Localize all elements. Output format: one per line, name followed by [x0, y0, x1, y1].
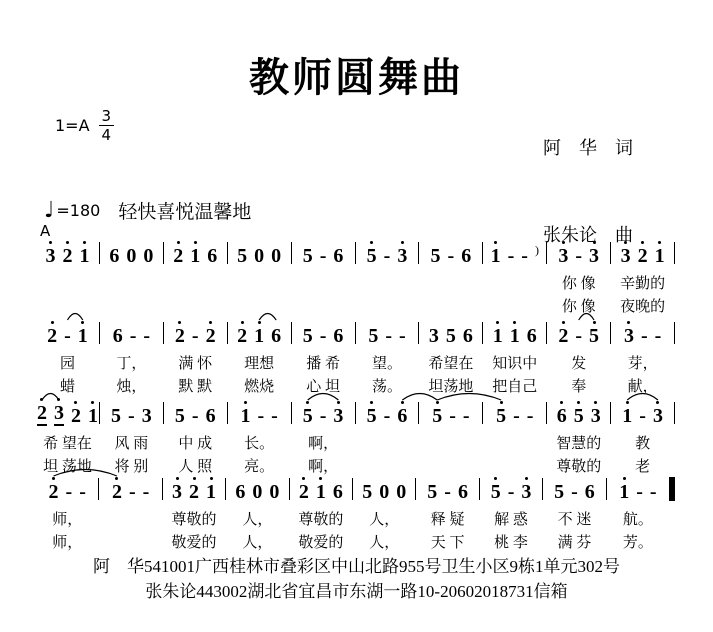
- dash: -: [64, 321, 71, 346]
- note: 6: [463, 321, 473, 346]
- measure: 5-3解 惑桃 李: [480, 474, 542, 555]
- note: 6: [333, 477, 343, 502]
- note: 1: [619, 477, 629, 502]
- lyrics-verse2: [513, 296, 517, 319]
- note: 1: [655, 241, 665, 266]
- measure: 6--丁，烛，: [100, 318, 163, 399]
- dash: -: [258, 401, 265, 426]
- measure: 600: [100, 238, 163, 319]
- notes-row: 321: [621, 238, 665, 266]
- lyrics-verse2: 燃烧: [244, 376, 274, 399]
- note: 3: [429, 321, 439, 346]
- dash: -: [192, 321, 199, 346]
- measure: 1--航。芳。: [607, 474, 669, 555]
- octave-dot: [52, 477, 55, 480]
- octave-dot: [593, 241, 596, 244]
- dash: -: [79, 477, 86, 502]
- lyrics-verse1: 不 迷: [558, 509, 592, 532]
- rest-note: 0: [396, 477, 406, 502]
- octave-dot: [370, 401, 373, 404]
- rest-note: 0: [379, 477, 389, 502]
- note: 2: [206, 321, 216, 346]
- lyrics-verse1: 智慧的: [556, 433, 601, 456]
- dash: -: [320, 401, 327, 426]
- lyrics-verse1: 你 像: [562, 273, 596, 296]
- final-barline: [669, 477, 675, 501]
- notes-row: 1-3: [622, 398, 663, 426]
- octave-dot: [49, 241, 52, 244]
- dash: -: [575, 321, 582, 346]
- octave-dot: [244, 401, 247, 404]
- dash: -: [192, 401, 199, 426]
- notes-row: 321: [45, 238, 89, 266]
- notes-row: 5--: [368, 318, 405, 346]
- lyrics-verse1: 芽，: [628, 353, 658, 376]
- lyrics-verse2: 把自己: [492, 376, 537, 399]
- measure: 653智慧的尊敬的: [547, 398, 610, 479]
- lyrics-verse1: 尊敬的: [172, 509, 217, 532]
- system-line: 2-1园蜡6--丁，烛，2-2满 怀默 默216理想燃烧5-6播 希心 坦5--…: [36, 318, 675, 399]
- note: 1: [316, 477, 326, 502]
- octave-dot: [656, 401, 659, 404]
- notes-row: 2321: [37, 398, 98, 426]
- note: 3: [521, 477, 531, 502]
- note: 5: [446, 321, 456, 346]
- measure: 600人，人，: [226, 474, 288, 555]
- note: 6: [333, 241, 343, 266]
- octave-dot: [436, 401, 439, 404]
- octave-dot: [210, 477, 213, 480]
- lyrics-verse2: 坦荡地: [428, 376, 473, 399]
- rest-note: 0: [143, 241, 153, 266]
- note: 1: [79, 241, 89, 266]
- note: 5: [431, 241, 441, 266]
- note: 3: [45, 241, 55, 266]
- lyrics-verse1: 希望在: [428, 353, 473, 376]
- measure: 3--芽，献，: [611, 318, 674, 399]
- measure: 5-3风 雨将 别: [100, 398, 163, 479]
- lyrics-verse1: [129, 273, 133, 296]
- note: 6: [527, 321, 537, 346]
- lyrics-verse1: [513, 273, 517, 296]
- note: 5: [303, 401, 313, 426]
- lyrics-verse1: 中 成: [178, 433, 212, 456]
- note: 3: [172, 477, 182, 502]
- octave-dot: [57, 398, 60, 401]
- measure: 3-3你 像你 像: [547, 238, 610, 319]
- lyrics-verse2: [321, 296, 325, 319]
- octave-dot: [494, 241, 497, 244]
- dash: -: [575, 241, 582, 266]
- octave-dot: [241, 321, 244, 324]
- note: 2: [47, 321, 57, 346]
- octave-dot: [641, 241, 644, 244]
- notes-row: 321: [172, 474, 216, 502]
- note: 5: [574, 401, 584, 426]
- lyrics-verse1: [257, 273, 261, 296]
- octave-dot: [194, 241, 197, 244]
- lyrics-verse2: 心 坦: [306, 376, 340, 399]
- lyrics-verse1: [193, 273, 197, 296]
- dash: -: [320, 321, 327, 346]
- measure: 2-1园蜡: [36, 318, 99, 399]
- measure: 5-6播 希心 坦: [292, 318, 355, 399]
- notes-row: 5-6: [303, 318, 344, 346]
- dash: -: [385, 321, 392, 346]
- notes-row: 116: [493, 318, 537, 346]
- notes-row: 600: [235, 474, 279, 502]
- notes-row: 5-3: [367, 238, 408, 266]
- dash: -: [128, 401, 135, 426]
- dash: -: [513, 401, 520, 426]
- measure: 2--: [99, 474, 161, 555]
- octave-dot: [177, 241, 180, 244]
- note: 2: [112, 477, 122, 502]
- note: 2: [189, 477, 199, 502]
- octave-dot: [306, 401, 309, 404]
- notes-row: 2--: [112, 474, 149, 502]
- lyrics-verse1: 丁，: [116, 353, 146, 376]
- lyrics-verse2: 你 像: [562, 296, 596, 319]
- octave-dot: [193, 477, 196, 480]
- notes-row: 216: [237, 318, 281, 346]
- note: 5: [589, 321, 599, 346]
- lyrics-verse2: 奉: [571, 376, 586, 399]
- octave-dot: [51, 321, 54, 324]
- octave-dot: [627, 321, 630, 324]
- octave-dot: [496, 321, 499, 324]
- dash: -: [384, 241, 391, 266]
- lyrics-verse1: 满 怀: [178, 353, 212, 376]
- notes-row: 5-6: [367, 398, 408, 426]
- note: 1: [491, 241, 501, 266]
- dash: -: [650, 477, 657, 502]
- notes-row: 500: [237, 238, 281, 266]
- octave-dot: [370, 241, 373, 244]
- notes-row: 5--: [432, 398, 469, 426]
- note: 6: [109, 241, 119, 266]
- rest-note: 0: [269, 477, 279, 502]
- measure: 356希望在坦荡地: [419, 318, 482, 399]
- octave-dot: [91, 401, 94, 404]
- notes-row: 6--: [113, 318, 150, 346]
- lyrics-verse1: [385, 433, 389, 456]
- octave-dot: [319, 477, 322, 480]
- note: 1: [78, 321, 88, 346]
- note: 1: [190, 241, 200, 266]
- dash: -: [639, 401, 646, 426]
- measure: 1-3教老: [611, 398, 674, 479]
- dash: -: [448, 241, 455, 266]
- notes-row: 3-3: [558, 238, 599, 266]
- dash: -: [444, 477, 451, 502]
- notes-row: 5-6: [554, 474, 595, 502]
- measure: 5-6: [419, 238, 482, 319]
- lyrics-verse1: 航。: [623, 509, 653, 532]
- lyrics-verse1: [449, 273, 453, 296]
- note: 5: [496, 401, 506, 426]
- notes-row: 5-6: [175, 398, 216, 426]
- measure: 1--长。亮。: [228, 398, 291, 479]
- note: 2: [37, 398, 47, 426]
- measure: 5-6中 成人 照: [164, 398, 227, 479]
- lyrics-verse2: [449, 296, 453, 319]
- octave-dot: [337, 401, 340, 404]
- octave-dot: [209, 321, 212, 324]
- lyrics-verse1: 解 惑: [494, 509, 528, 532]
- notes-row: 5-6: [431, 238, 472, 266]
- note: 1: [88, 401, 98, 426]
- lyrics-verse2: 荡。: [372, 376, 402, 399]
- measure: 500: [228, 238, 291, 319]
- dash: -: [521, 241, 528, 266]
- dash: -: [143, 321, 150, 346]
- rest-note: 0: [254, 241, 264, 266]
- octave-dot: [594, 401, 597, 404]
- dash: -: [129, 477, 136, 502]
- lyrics-verse1: [129, 509, 133, 532]
- measure: 5--望。荡。: [356, 318, 419, 399]
- measure: 216理想燃烧: [228, 318, 291, 399]
- measure: 5-3啊，啊，: [292, 398, 355, 479]
- lyrics-verse1: 望。: [372, 353, 402, 376]
- system-line: 2321希 望在坦 荡地5-3风 雨将 别5-6中 成人 照1--长。亮。5-3…: [36, 398, 675, 479]
- notes-row: 2-1: [47, 318, 88, 346]
- note: 2: [638, 241, 648, 266]
- note: 5: [303, 241, 313, 266]
- note: 3: [397, 241, 407, 266]
- notes-row: 2-2: [175, 318, 216, 346]
- measure: 216: [164, 238, 227, 319]
- note: 1: [254, 321, 264, 346]
- lyrics-verse2: [66, 296, 70, 319]
- note: 2: [237, 321, 247, 346]
- octave-dot: [178, 321, 181, 324]
- note: 2: [173, 241, 183, 266]
- note: 6: [333, 321, 343, 346]
- note: 3: [591, 401, 601, 426]
- lyrics-verse1: 释 疑: [431, 509, 465, 532]
- lyrics-verse2: 献，: [628, 376, 658, 399]
- note: 2: [299, 477, 309, 502]
- octave-dot: [525, 477, 528, 480]
- note: 5: [491, 477, 501, 502]
- barline: [674, 322, 675, 344]
- octave-dot: [258, 321, 261, 324]
- lyricist-address: 阿 华541001广西桂林市叠彩区中山北路955号卫生小区9栋1单元302号: [0, 552, 713, 577]
- measure: 321辛勤的夜晚的: [611, 238, 674, 319]
- note: 6: [557, 401, 567, 426]
- lyrics-verse2: [129, 296, 133, 319]
- note: 2: [49, 477, 59, 502]
- measure: 5-6释 疑天 下: [416, 474, 478, 555]
- lyrics-verse1: [385, 273, 389, 296]
- notes-row: 600: [109, 238, 153, 266]
- octave-dot: [81, 321, 84, 324]
- dash: -: [271, 401, 278, 426]
- octave-dot: [83, 241, 86, 244]
- octave-dot: [577, 401, 580, 404]
- note: 3: [54, 398, 64, 426]
- measure: 5--: [483, 398, 546, 479]
- notes-row: 2--: [49, 474, 86, 502]
- barline: [674, 402, 675, 424]
- dash: -: [320, 241, 327, 266]
- dash: -: [655, 321, 662, 346]
- notes-row: 1--: [241, 398, 278, 426]
- octave-dot: [302, 477, 305, 480]
- note: 5: [175, 401, 185, 426]
- measure: 5-6: [292, 238, 355, 319]
- note: 1: [241, 401, 251, 426]
- octave-dot: [115, 477, 118, 480]
- lyrics-verse1: 教: [635, 433, 650, 456]
- rest-note: 0: [252, 477, 262, 502]
- dash: -: [130, 321, 137, 346]
- lyrics-verse2: 烛，: [116, 376, 146, 399]
- system-line: 321 600 216 500 5-6 5-3 5-6 1--) 3-3你 像你…: [36, 238, 675, 319]
- lyrics-verse1: 辛勤的: [620, 273, 665, 296]
- lyrics-verse2: 夜晚的: [620, 296, 665, 319]
- dash: -: [66, 477, 73, 502]
- rest-note: 0: [271, 241, 281, 266]
- dash: -: [508, 477, 515, 502]
- note: 5: [111, 401, 121, 426]
- note: 6: [585, 477, 595, 502]
- lyrics-verse1: 发: [571, 353, 586, 376]
- note: 5: [368, 321, 378, 346]
- dash: -: [463, 401, 470, 426]
- lyrics-verse2: [193, 296, 197, 319]
- octave-dot: [562, 241, 565, 244]
- note: 2: [558, 321, 568, 346]
- lyrics-verse1: 师，: [52, 509, 82, 532]
- note: 3: [333, 401, 343, 426]
- note: 1: [493, 321, 503, 346]
- note: 5: [367, 401, 377, 426]
- measure: 5-3: [356, 238, 419, 319]
- notes-row: 653: [557, 398, 601, 426]
- note: 5: [237, 241, 247, 266]
- octave-dot: [626, 401, 629, 404]
- notes-row: 500: [362, 474, 406, 502]
- lyrics-verse1: 知识中: [492, 353, 537, 376]
- octave-dot: [624, 241, 627, 244]
- measure: 2-2满 怀默 默: [164, 318, 227, 399]
- dash: -: [508, 241, 515, 266]
- measure: 1--): [483, 238, 546, 319]
- note: 6: [458, 477, 468, 502]
- dash: -: [641, 321, 648, 346]
- dash: -: [449, 401, 456, 426]
- lyrics-verse1: 人，: [369, 509, 399, 532]
- notes-row: 5-6: [303, 238, 344, 266]
- measure: 5--: [419, 398, 482, 479]
- lyrics-verse1: 尊敬的: [298, 509, 343, 532]
- note: 6: [397, 401, 407, 426]
- dash: -: [143, 477, 150, 502]
- measure: 216尊敬的敬爱的: [290, 474, 352, 555]
- lyrics-verse1: [449, 433, 453, 456]
- octave-dot: [623, 477, 626, 480]
- octave-dot: [494, 477, 497, 480]
- measure: 321: [36, 238, 99, 319]
- notes-row: 5-3: [303, 398, 344, 426]
- dash: -: [399, 321, 406, 346]
- measure: 5-6: [356, 398, 419, 479]
- octave-dot: [500, 401, 503, 404]
- notes-row: 216: [299, 474, 343, 502]
- note: 3: [558, 241, 568, 266]
- note: 3: [142, 401, 152, 426]
- note: 6: [235, 477, 245, 502]
- notes-row: 1--): [491, 238, 539, 266]
- note: 2: [71, 401, 81, 426]
- lyrics-verse2: [385, 296, 389, 319]
- octave-dot: [401, 241, 404, 244]
- octave-dot: [513, 321, 516, 324]
- note: 1: [206, 477, 216, 502]
- notes-row: 2-5: [558, 318, 599, 346]
- measure: 321尊敬的敬爱的: [163, 474, 225, 555]
- dash: -: [527, 401, 534, 426]
- notes-row: 5-3: [491, 474, 532, 502]
- notes-row: 1--: [619, 474, 656, 502]
- lyrics-verse2: 默 默: [178, 376, 212, 399]
- system-line: 2--师，师，2-- 321尊敬的敬爱的600人，人，216尊敬的敬爱的500人…: [36, 474, 675, 555]
- octave-dot: [560, 401, 563, 404]
- notes-row: 5-6: [427, 474, 468, 502]
- lyrics-verse1: 园: [60, 353, 75, 376]
- note: 1: [510, 321, 520, 346]
- measure: 116知识中把自己: [483, 318, 546, 399]
- lyrics-verse1: [66, 273, 70, 296]
- note: 3: [624, 321, 634, 346]
- note: 5: [362, 477, 372, 502]
- measure: 2-5发奉: [547, 318, 610, 399]
- measure: 2321希 望在坦 荡地: [36, 398, 99, 479]
- dash: -: [636, 477, 643, 502]
- measure: 2--师，师，: [36, 474, 98, 555]
- measure: 500人，人，: [353, 474, 415, 555]
- composer-address: 张朱论443002湖北省宜昌市东湖一路10-20602018731信箱: [0, 577, 713, 602]
- lyrics-verse1: 希 望在: [43, 433, 92, 456]
- barline: [674, 242, 675, 264]
- lyrics-verse2: 蜡: [60, 376, 75, 399]
- lyrics-verse1: 人，: [242, 509, 272, 532]
- octave-dot: [40, 398, 43, 401]
- lyrics-verse1: 理想: [244, 353, 274, 376]
- note: 2: [62, 241, 72, 266]
- notes-row: 5-3: [111, 398, 152, 426]
- octave-dot: [401, 401, 404, 404]
- note: 6: [113, 321, 123, 346]
- note: 3: [621, 241, 631, 266]
- note: 5: [554, 477, 564, 502]
- lyrics-verse1: 风 雨: [114, 433, 148, 456]
- lyrics-verse1: [513, 433, 517, 456]
- octave-dot: [562, 321, 565, 324]
- lyrics-verse1: 长。: [244, 433, 274, 456]
- lyrics-verse1: [321, 273, 325, 296]
- dash: -: [384, 401, 391, 426]
- note: 5: [303, 321, 313, 346]
- note: 5: [432, 401, 442, 426]
- note: 2: [175, 321, 185, 346]
- octave-dot: [176, 477, 179, 480]
- notes-row: 216: [173, 238, 217, 266]
- rest-note: 0: [126, 241, 136, 266]
